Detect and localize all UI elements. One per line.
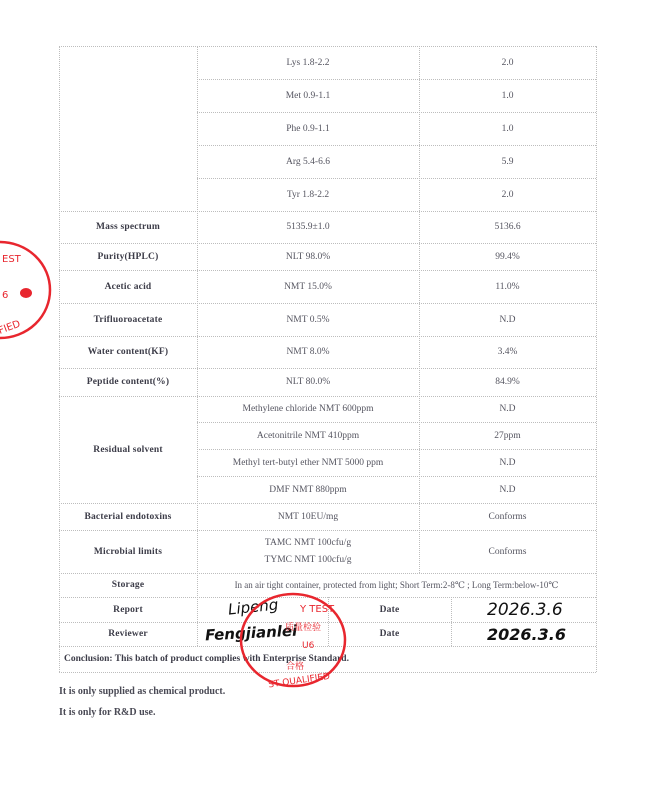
test-result: 3.4% bbox=[419, 336, 596, 368]
test-spec: NLT 98.0% bbox=[197, 243, 419, 270]
solvent-spec: Methylene chloride NMT 600ppm bbox=[197, 396, 419, 422]
solvent-result: 27ppm bbox=[419, 422, 596, 449]
test-item-label: Acetic acid bbox=[59, 270, 197, 303]
microbial-limits-result: Conforms bbox=[419, 530, 596, 573]
bacterial-endotoxins-result: Conforms bbox=[419, 503, 596, 530]
report-date-handwritten: 2026.3.6 bbox=[487, 600, 563, 620]
tymc-spec: TYMC NMT 100cfu/g bbox=[265, 552, 352, 569]
test-result: 5136.6 bbox=[419, 211, 596, 243]
tamc-spec: TAMC NMT 100cfu/g bbox=[265, 535, 351, 552]
microbial-limits-spec: TAMC NMT 100cfu/g TYMC NMT 100cfu/g bbox=[197, 530, 419, 573]
test-item-label: Mass spectrum bbox=[59, 211, 197, 243]
solvent-result: N.D bbox=[419, 396, 596, 422]
amino-spec: Tyr 1.8-2.2 bbox=[197, 178, 419, 211]
test-spec: 5135.9±1.0 bbox=[197, 211, 419, 243]
storage-label: Storage bbox=[59, 573, 197, 597]
test-item-label: Trifluoroacetate bbox=[59, 303, 197, 336]
solvent-spec: DMF NMT 880ppm bbox=[197, 476, 419, 503]
bacterial-endotoxins-spec: NMT 10EU/mg bbox=[197, 503, 419, 530]
test-spec: NMT 8.0% bbox=[197, 336, 419, 368]
test-spec: NMT 0.5% bbox=[197, 303, 419, 336]
stamp-code: U6 bbox=[302, 641, 315, 651]
test-item-label: Water content(KF) bbox=[59, 336, 197, 368]
test-result: 99.4% bbox=[419, 243, 596, 270]
test-result: N.D bbox=[419, 303, 596, 336]
note-chemical-product: It is only supplied as chemical product. bbox=[59, 686, 225, 697]
solvent-spec: Acetonitrile NMT 410ppm bbox=[197, 422, 419, 449]
table-border-right bbox=[596, 46, 597, 672]
stamp-bottom-text: ST QUALIFIED bbox=[268, 672, 331, 690]
bacterial-endotoxins-label: Bacterial endotoxins bbox=[59, 503, 197, 530]
residual-solvent-label: Residual solvent bbox=[59, 396, 197, 503]
test-spec: NLT 80.0% bbox=[197, 368, 419, 396]
solvent-result: N.D bbox=[419, 476, 596, 503]
test-item-label: Peptide content(%) bbox=[59, 368, 197, 396]
reviewer-label: Reviewer bbox=[59, 622, 197, 646]
solvent-spec: Methyl tert-butyl ether NMT 5000 ppm bbox=[197, 449, 419, 476]
amino-result: 1.0 bbox=[419, 112, 596, 145]
amino-result: 2.0 bbox=[419, 178, 596, 211]
amino-result: 2.0 bbox=[419, 46, 596, 79]
svg-text:6: 6 bbox=[2, 290, 8, 301]
amino-spec: Lys 1.8-2.2 bbox=[197, 46, 419, 79]
amino-spec: Phe 0.9-1.1 bbox=[197, 112, 419, 145]
microbial-limits-label: Microbial limits bbox=[59, 530, 197, 573]
amino-spec: Met 0.9-1.1 bbox=[197, 79, 419, 112]
report-label: Report bbox=[59, 597, 197, 622]
test-item-label: Purity(HPLC) bbox=[59, 243, 197, 270]
test-result: 11.0% bbox=[419, 270, 596, 303]
quality-test-stamp: Y TEST 质量检验 U6 合格 ST QUALIFIED bbox=[238, 590, 348, 690]
test-result: 84.9% bbox=[419, 368, 596, 396]
svg-text:EST: EST bbox=[2, 254, 22, 265]
amino-result: 5.9 bbox=[419, 145, 596, 178]
stamp-middle-text: 质量检验 bbox=[285, 621, 321, 633]
note-rd-use: It is only for R&D use. bbox=[59, 707, 155, 718]
amino-spec: Arg 5.4-6.6 bbox=[197, 145, 419, 178]
review-date-handwritten: 2026.3.6 bbox=[487, 625, 566, 644]
edge-stamp: EST 6 LFIED bbox=[0, 238, 55, 343]
stamp-top-text: Y TEST bbox=[299, 604, 335, 615]
solvent-result: N.D bbox=[419, 449, 596, 476]
test-spec: NMT 15.0% bbox=[197, 270, 419, 303]
stamp-sub-text: 合格 bbox=[286, 660, 304, 672]
amino-result: 1.0 bbox=[419, 79, 596, 112]
